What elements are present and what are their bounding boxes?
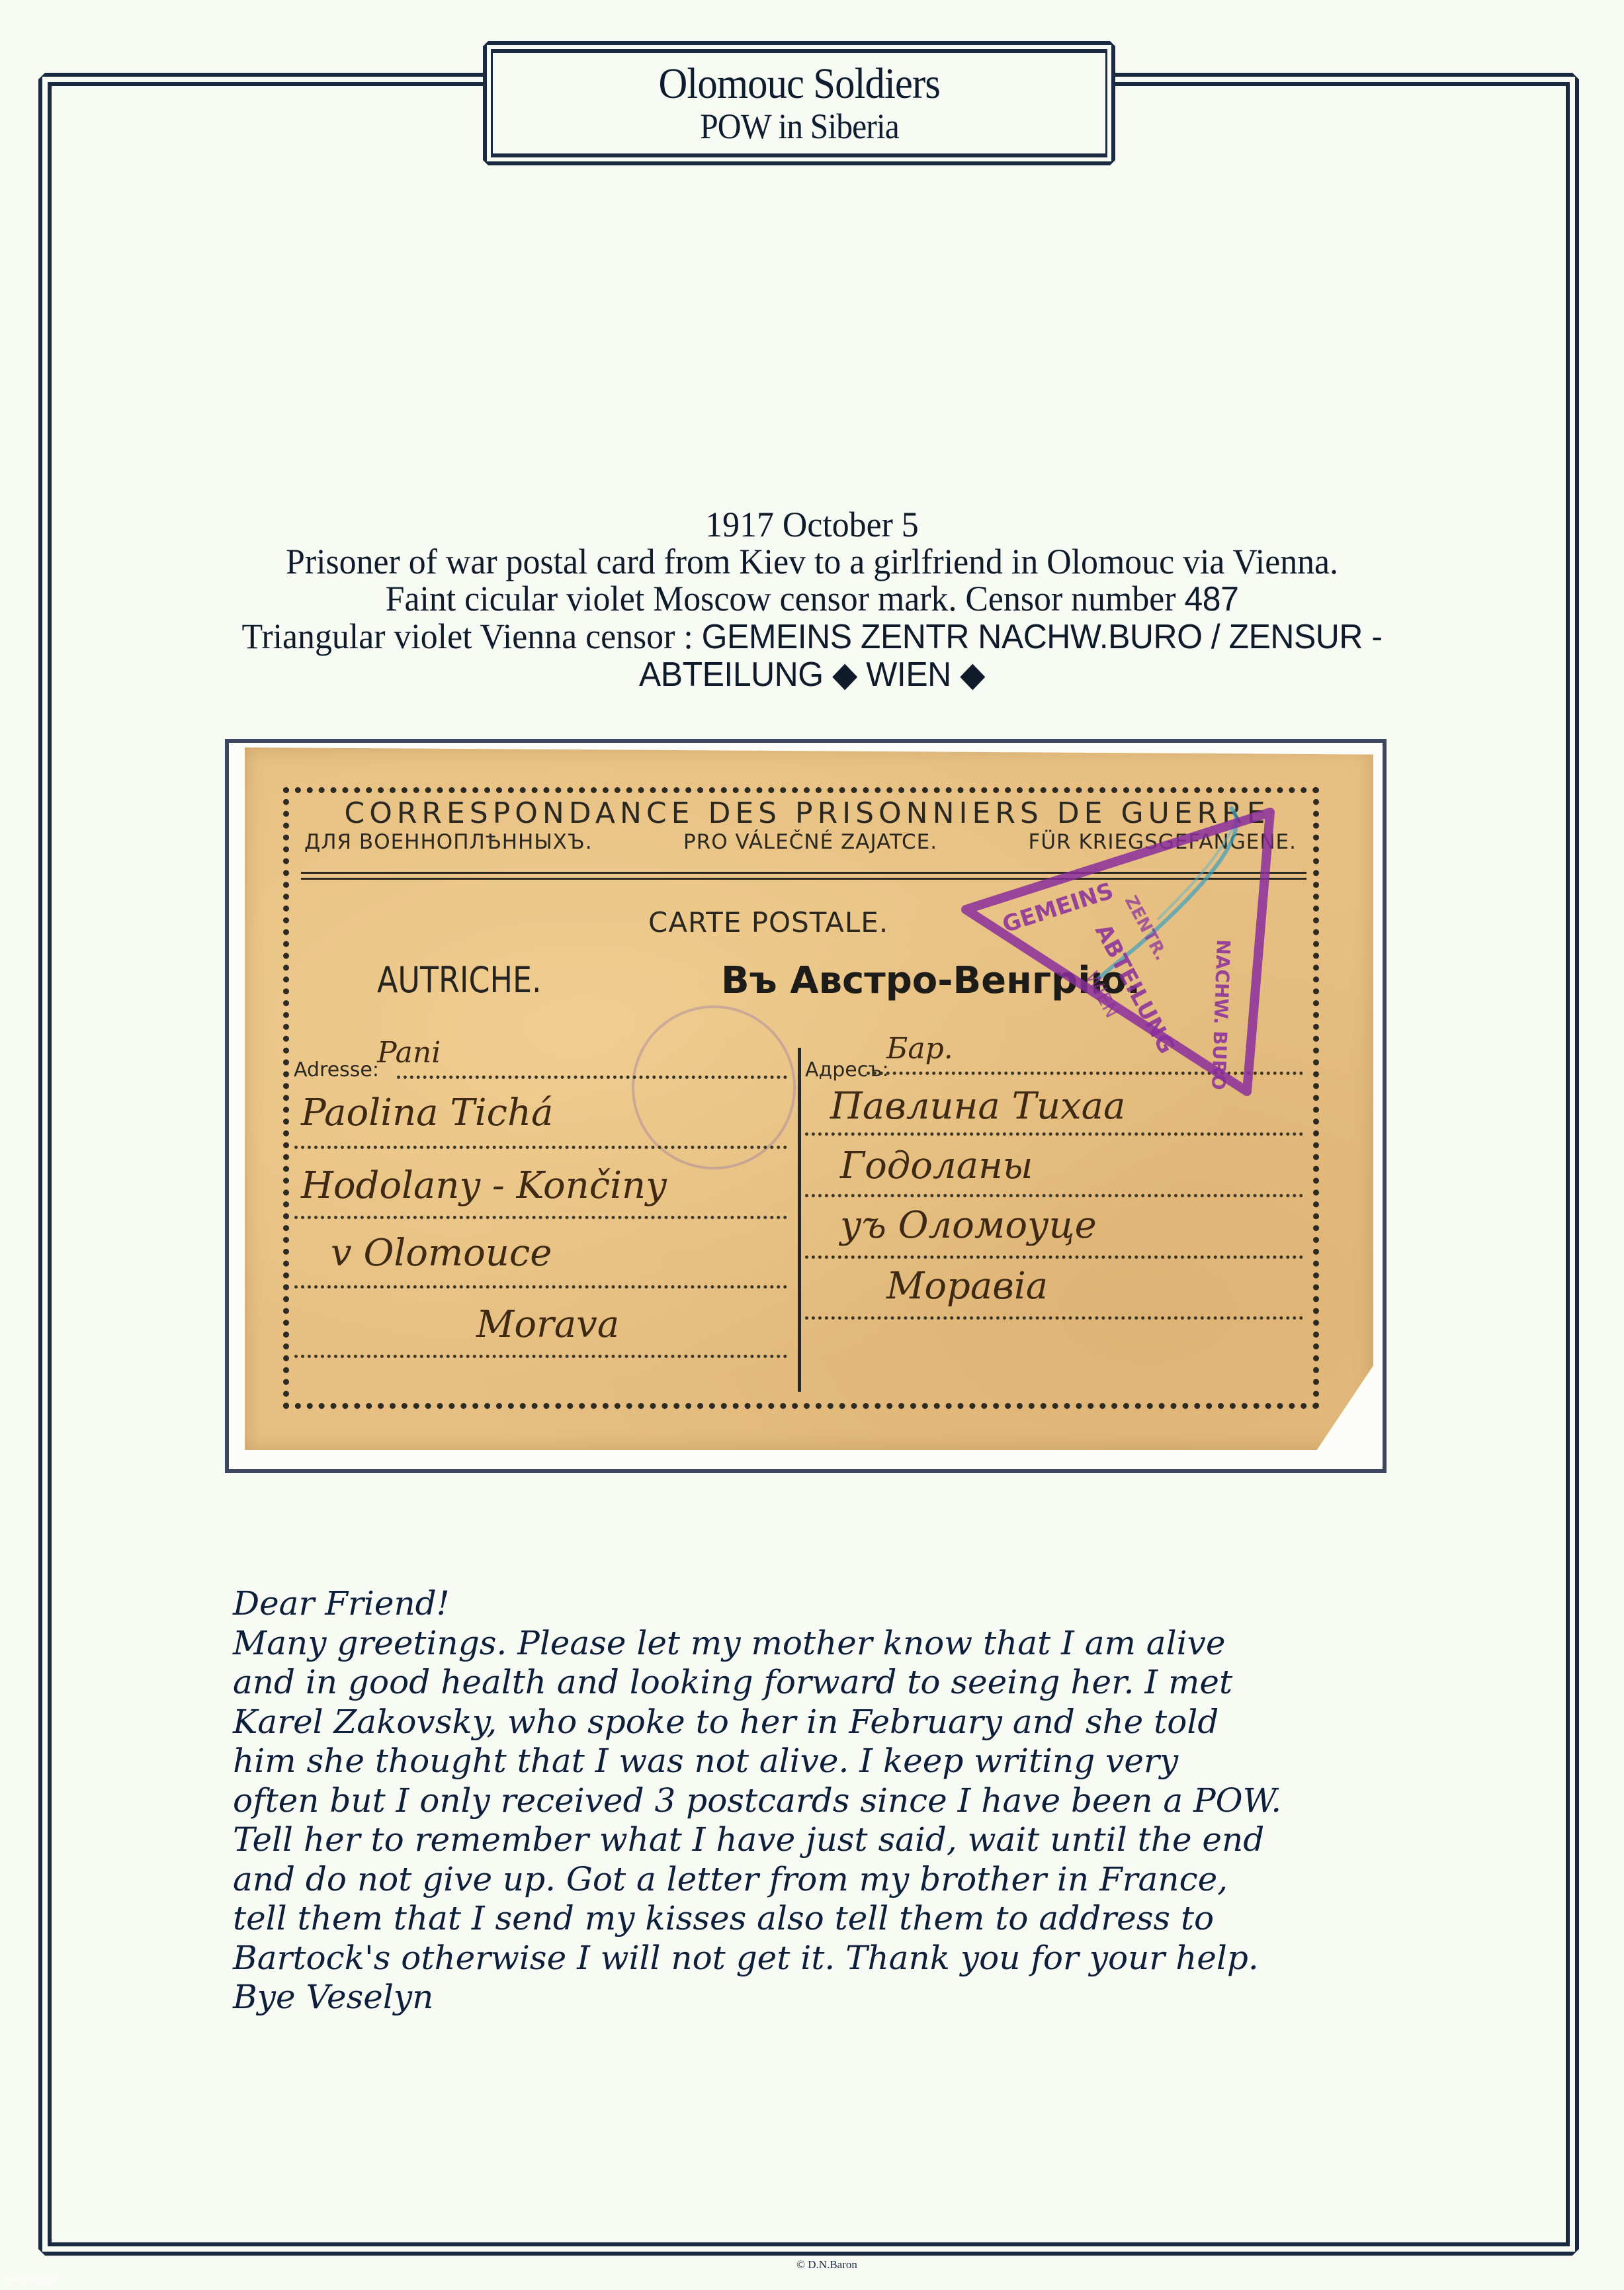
title-box-inner: Olomouc Soldiers POW in Siberia — [491, 49, 1107, 157]
address-line — [397, 1076, 787, 1079]
letter-line: Many greetings. Please let my mother kno… — [233, 1624, 1490, 1664]
description-line-2: Faint cicular violet Moscow censor mark.… — [134, 580, 1490, 618]
carte-postale-label: CARTE POSTALE. — [648, 906, 888, 939]
address-line — [294, 1285, 787, 1289]
letter-line: and do not give up. Got a letter from my… — [233, 1860, 1490, 1900]
destination-fr: AUTRICHE. — [377, 959, 542, 1001]
letter-line: and in good health and looking forward t… — [233, 1663, 1490, 1703]
description-date: 1917 October 5 — [134, 506, 1490, 543]
letter-line: him she thought that I was not alive. I … — [233, 1742, 1490, 1781]
handwritten-address-ru-4: уъ Оломоуце — [840, 1204, 1097, 1247]
handwritten-address-fr-1: Pani — [377, 1036, 441, 1070]
item-description: 1917 October 5 Prisoner of war postal ca… — [106, 506, 1518, 693]
title-box: Olomouc Soldiers POW in Siberia — [483, 41, 1115, 165]
censor-text-nachw-buro: NACHW. BURO — [1207, 939, 1234, 1091]
letter-line: Bartock's otherwise I will not get it. T… — [233, 1939, 1490, 1978]
vienna-censor-text: GEMEINS ZENTR NACHW.BURO / ZENSUR - — [702, 618, 1383, 656]
letter-line: Tell her to remember what I have just sa… — [233, 1820, 1490, 1860]
letter-line: tell them that I send my kisses also tel… — [233, 1899, 1490, 1939]
copyright-notice: © D.N.Baron — [728, 2258, 926, 2271]
handwritten-address-fr-2: Paolina Tichá — [301, 1091, 553, 1134]
handwritten-address-ru-5: Моравіа — [886, 1265, 1048, 1308]
description-line-2-text: Faint cicular violet Moscow censor mark.… — [386, 579, 1185, 618]
handwritten-address-fr-3: Hodolany - Končiny — [301, 1164, 667, 1207]
postcard-heading-cz: PRO VÁLEČNÉ ZAJATCE. — [683, 830, 937, 854]
letter-line: often but I only received 3 postcards si… — [233, 1781, 1490, 1821]
description-line-1: Prisoner of war postal card from Kiev to… — [134, 543, 1490, 580]
address-line — [294, 1216, 787, 1219]
handwritten-address-fr-4: v Olomouce — [331, 1232, 552, 1275]
address-line — [805, 1255, 1303, 1259]
page-title: Olomouc Soldiers — [658, 62, 939, 106]
address-label-ru: Адресъ: — [805, 1058, 889, 1081]
vienna-censor-text-cont: ABTEILUNG ◆ WIEN ◆ — [639, 656, 985, 694]
address-line — [805, 1194, 1303, 1197]
address-label-fr: Adresse: — [294, 1058, 379, 1081]
letter-line: Bye Veselyn — [233, 1978, 1490, 2017]
letter-transcription: Dear Friend! Many greetings. Please let … — [233, 1584, 1490, 2017]
address-line — [805, 1316, 1303, 1320]
address-line — [805, 1132, 1303, 1136]
letter-line: Karel Zakovsky, who spoke to her in Febr… — [233, 1703, 1490, 1742]
handwritten-address-ru-1: Бар. — [886, 1032, 953, 1066]
handwritten-address-ru-3: Годоланы — [840, 1144, 1033, 1187]
watermark: Derek Baron — [5, 2274, 58, 2285]
page-subtitle: POW in Siberia — [700, 108, 899, 144]
address-line — [294, 1355, 787, 1358]
censor-number: 487 — [1185, 580, 1239, 618]
description-line-4: ABTEILUNG ◆ WIEN ◆ — [134, 656, 1490, 693]
postcard-heading-ru: ДЛЯ ВОЕННОПЛѢННЫХЪ. — [304, 830, 593, 854]
postcard-center-divider — [798, 1048, 801, 1392]
vienna-triangle-censor-stamp: GEMEINS ZENTR. ABTEILUNG WIEN NACHW. BUR… — [953, 800, 1323, 1118]
handwritten-address-fr-5: Morava — [476, 1303, 619, 1346]
moscow-censor-circle — [632, 1005, 796, 1169]
letter-line: Dear Friend! — [233, 1584, 1490, 1624]
description-line-3: Triangular violet Vienna censor : GEMEIN… — [134, 618, 1490, 656]
address-line — [294, 1146, 787, 1149]
description-line-3-text: Triangular violet Vienna censor : — [242, 616, 702, 656]
